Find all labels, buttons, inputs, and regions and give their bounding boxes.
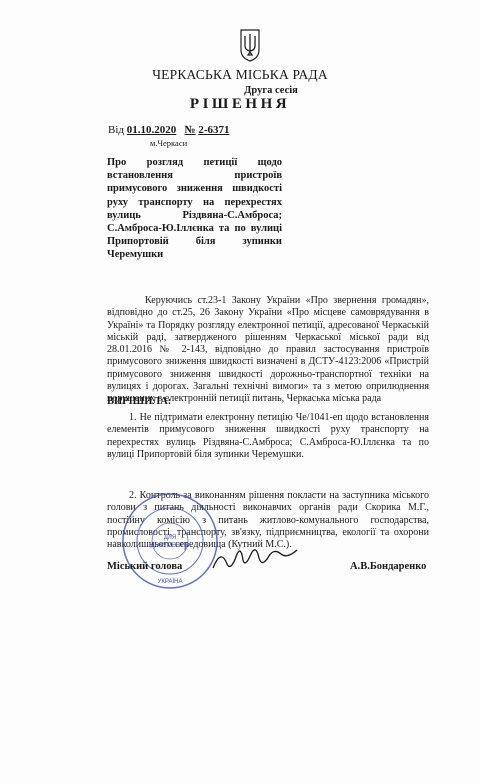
trident-emblem-icon — [239, 28, 261, 62]
council-name: ЧЕРКАСЬКА МІСЬКА РАДА — [0, 67, 480, 83]
document-type: РІШЕННЯ — [0, 96, 480, 113]
mayor-title: Міський голова — [107, 561, 182, 572]
svg-text:ДОКУМЕНТІВ: ДОКУМЕНТІВ — [151, 543, 190, 549]
document-page: ЧЕРКАСЬКА МІСЬКА РАДА Друга сесія РІШЕНН… — [0, 0, 480, 783]
mayor-name: А.В.Бондаренко — [350, 561, 426, 572]
decision-number: 2-6371 — [198, 124, 229, 136]
decision-subject: Про розгляд петиції щодо встановлення пр… — [107, 156, 282, 262]
decision-date: 01.10.2020 — [127, 124, 177, 136]
preamble-paragraph: Керуючись ст.23-1 Закону України «Про зв… — [107, 295, 429, 406]
handwritten-signature-icon — [208, 542, 303, 574]
svg-text:УКРАЇНА: УКРАЇНА — [158, 578, 183, 585]
resolved-label: ВИРІШИЛА: — [107, 396, 171, 407]
from-label: Від — [108, 124, 124, 136]
resolution-item-1: 1. Не підтримати електронну петицію Че/1… — [107, 412, 429, 461]
session-label: Друга сесія — [0, 85, 480, 96]
official-stamp-icon: ДЛЯ ДОКУМЕНТІВ УКРАЇНА — [120, 491, 220, 591]
number-label: № — [185, 124, 196, 136]
svg-text:ДЛЯ: ДЛЯ — [164, 535, 176, 541]
city: м.Черкаси — [150, 138, 187, 148]
date-line: Від 01.10.2020 № 2-6371 — [108, 124, 229, 136]
